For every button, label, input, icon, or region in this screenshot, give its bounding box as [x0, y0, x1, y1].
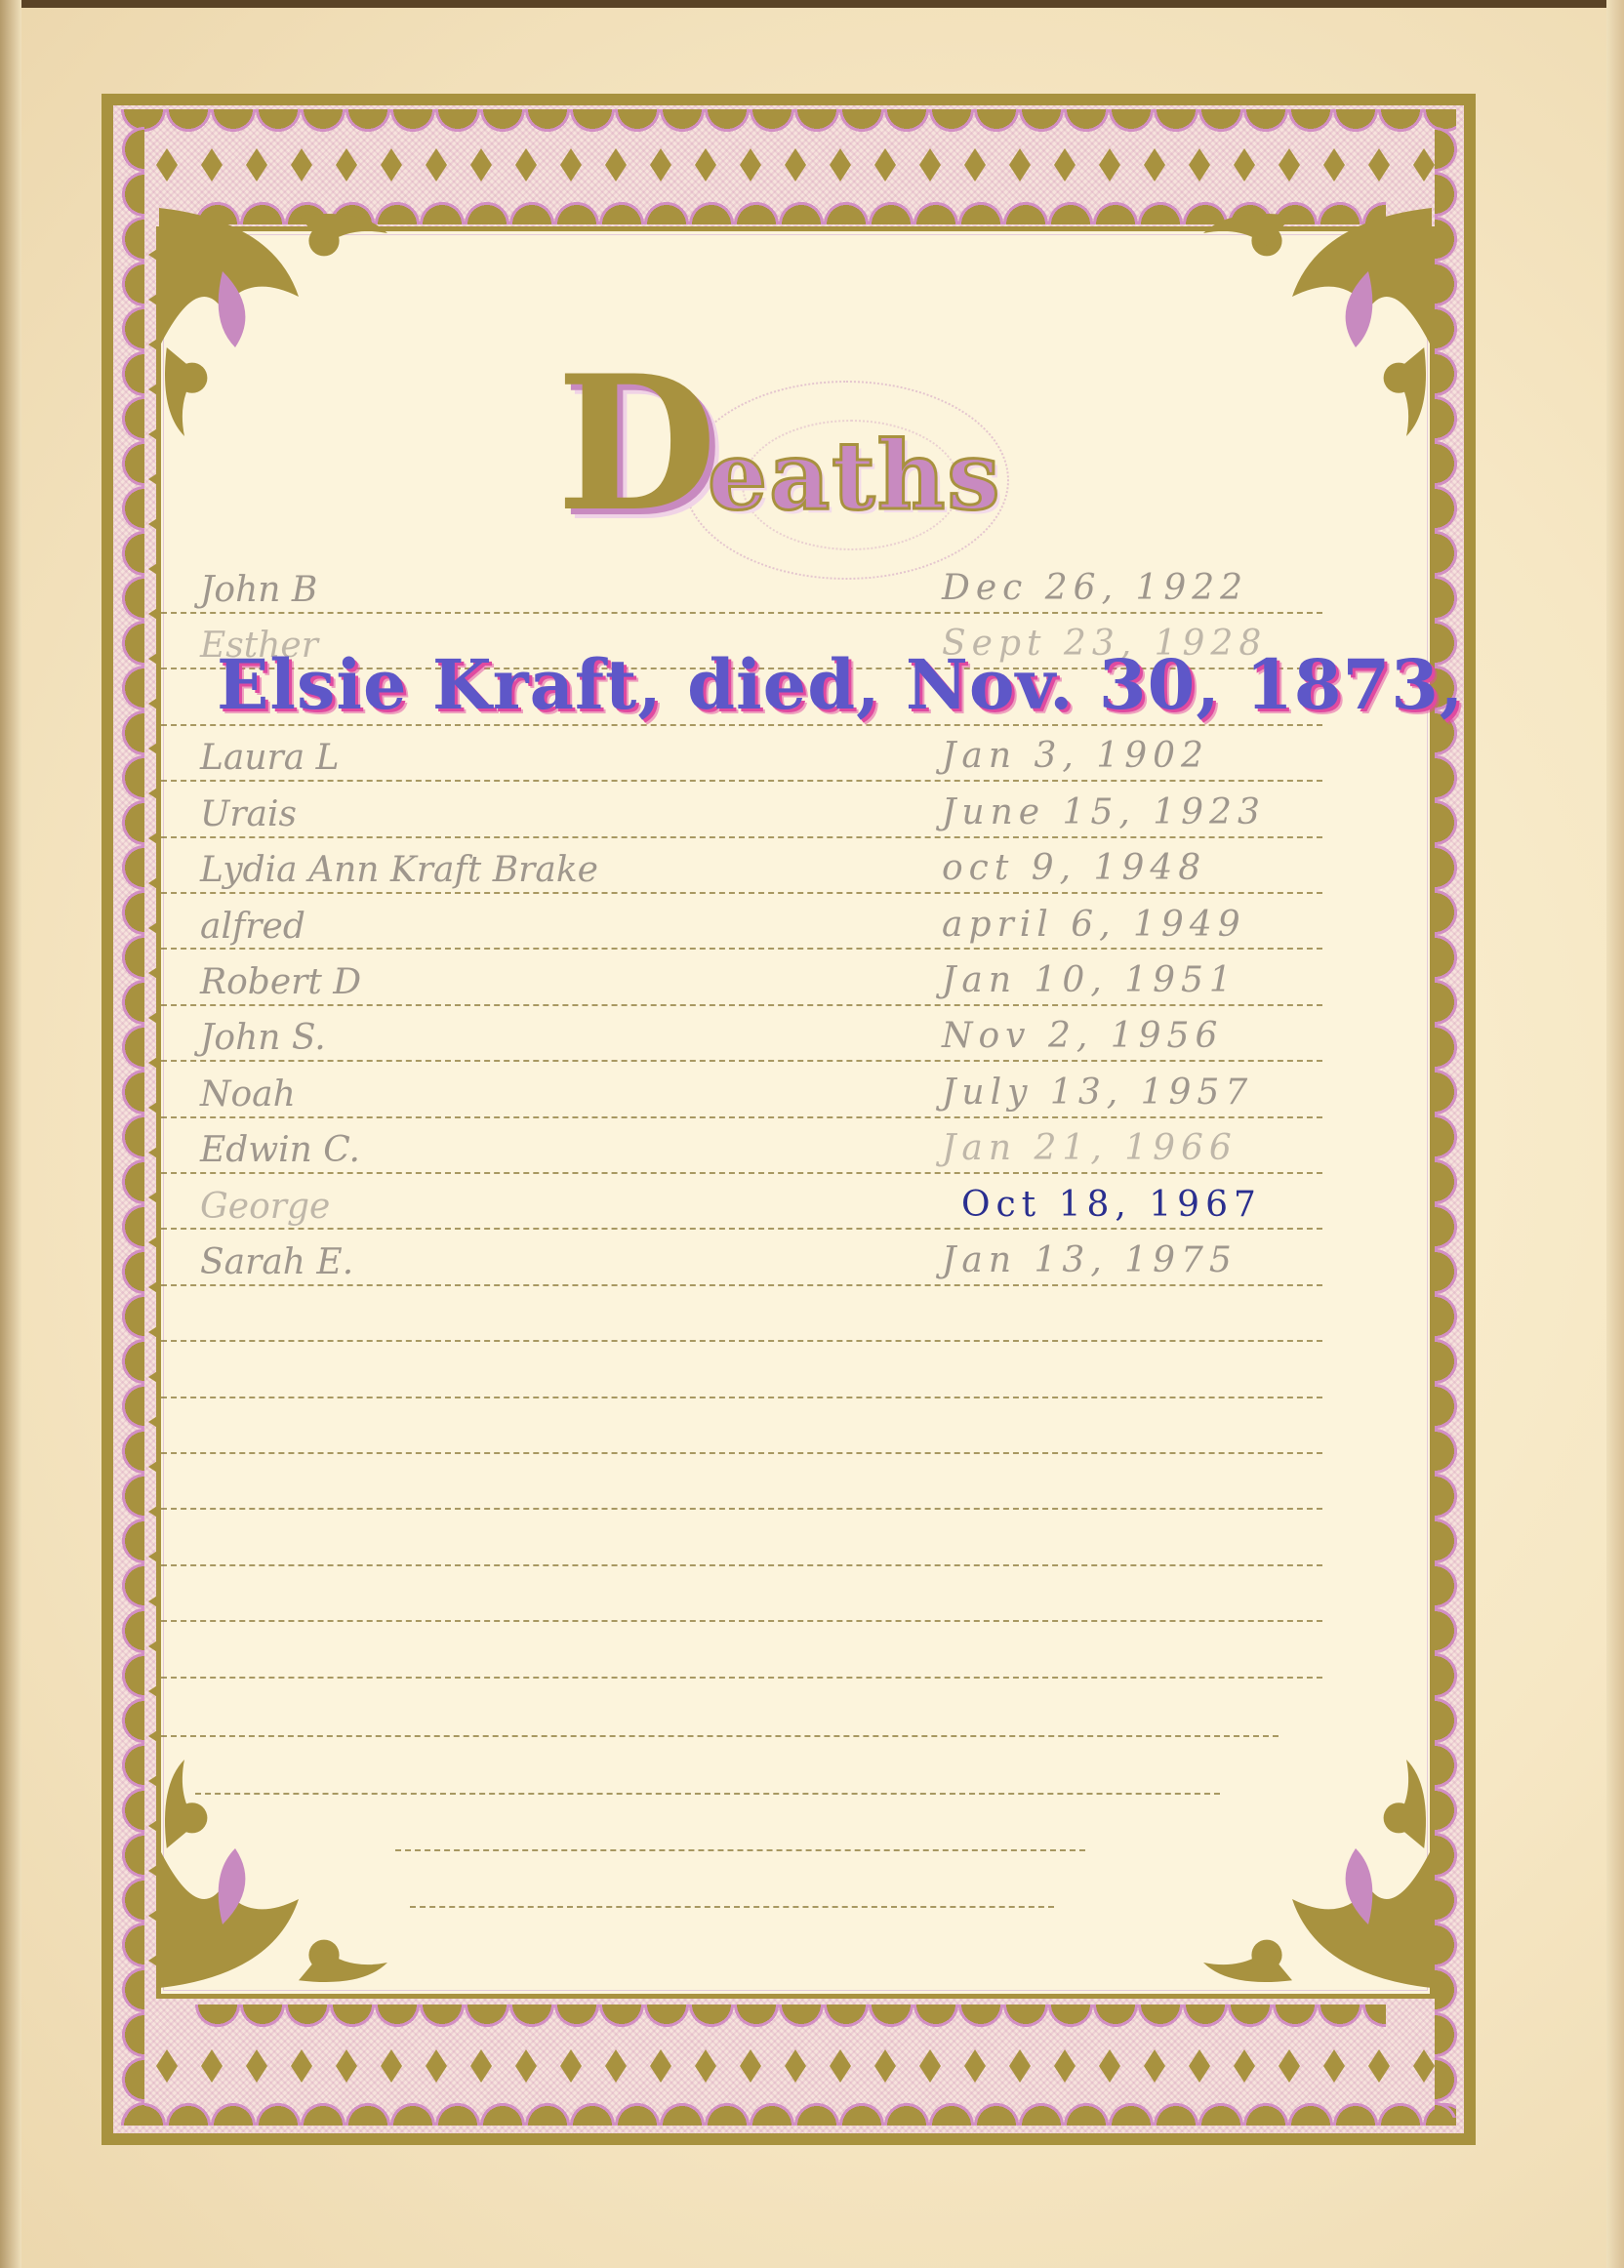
- ruled-line: [161, 1620, 1322, 1622]
- ruled-line: [161, 1284, 1322, 1286]
- corner-ornament-top-left-icon: [146, 195, 400, 449]
- entry-name: John S.: [200, 1021, 326, 1056]
- entry-date: Nov 2, 1956: [942, 1019, 1223, 1054]
- ruled-line: [161, 1060, 1322, 1062]
- entry-date: april 6, 1949: [942, 908, 1246, 943]
- ruled-line: [161, 1004, 1322, 1006]
- entry-date: June 15, 1923: [942, 795, 1266, 830]
- corner-ornament-bottom-right-icon: [1191, 1747, 1444, 2001]
- entry-name: alfred: [200, 910, 305, 945]
- entry-name: Urais: [200, 797, 297, 832]
- ruled-line: [395, 1849, 1085, 1851]
- book-top-edge: [0, 0, 1624, 8]
- entry-date: Oct 18, 1967: [961, 1188, 1262, 1223]
- entry-name: John B: [200, 573, 317, 608]
- top-outer-scallops: [121, 109, 1456, 139]
- ruled-line: [161, 1397, 1322, 1398]
- ruled-line: [161, 1340, 1322, 1342]
- ruled-line: [161, 1677, 1322, 1679]
- ruled-line: [161, 612, 1322, 614]
- entry-name: George: [200, 1190, 330, 1225]
- entry-date: Jan 3, 1902: [942, 739, 1209, 774]
- entry-name: Laura L: [200, 741, 340, 776]
- entry-name: Lydia Ann Kraft Brake: [200, 853, 598, 888]
- entry-date: Dec 26, 1922: [942, 571, 1248, 606]
- ruled-line: [161, 948, 1322, 950]
- ruled-line: [161, 836, 1322, 838]
- page-right-edge: [1606, 0, 1624, 2268]
- ruled-line: [410, 1906, 1054, 1908]
- bottom-outer-scallops: [121, 2096, 1456, 2126]
- ruled-line: [161, 1508, 1322, 1510]
- entry-date: Jan 13, 1975: [942, 1243, 1238, 1278]
- ruled-line: [161, 1452, 1322, 1454]
- entry-date: July 13, 1957: [942, 1075, 1253, 1111]
- bottom-inner-scallops: [195, 2005, 1386, 2034]
- book-binding-edge: [0, 0, 21, 2268]
- page-title: D eaths: [527, 351, 1074, 556]
- ruled-line: [195, 1793, 1220, 1795]
- entry-date: Jan 21, 1966: [942, 1131, 1238, 1166]
- ruled-line: [161, 1564, 1322, 1566]
- entry-date: oct 9, 1948: [942, 851, 1206, 886]
- entry-name: Noah: [200, 1077, 296, 1113]
- calligraphy-entry: Elsie Kraft, died, Nov. 30, 1873,: [217, 644, 1464, 725]
- ruled-line: [161, 1116, 1322, 1118]
- entry-name: Sarah E.: [200, 1245, 353, 1280]
- title-initial: D: [556, 351, 717, 537]
- entry-name: Edwin C.: [200, 1133, 360, 1168]
- ruled-line: [161, 780, 1322, 782]
- corner-ornament-top-right-icon: [1191, 195, 1444, 449]
- corner-ornament-bottom-left-icon: [146, 1747, 400, 2001]
- ruled-line: [161, 892, 1322, 894]
- entry-date: Jan 10, 1951: [942, 963, 1238, 998]
- entry-name: Robert D: [200, 965, 361, 1000]
- ruled-line: [161, 1735, 1279, 1737]
- title-rest: eaths: [708, 429, 1001, 523]
- ruled-line: [161, 1172, 1322, 1174]
- ruled-line: [161, 1228, 1322, 1230]
